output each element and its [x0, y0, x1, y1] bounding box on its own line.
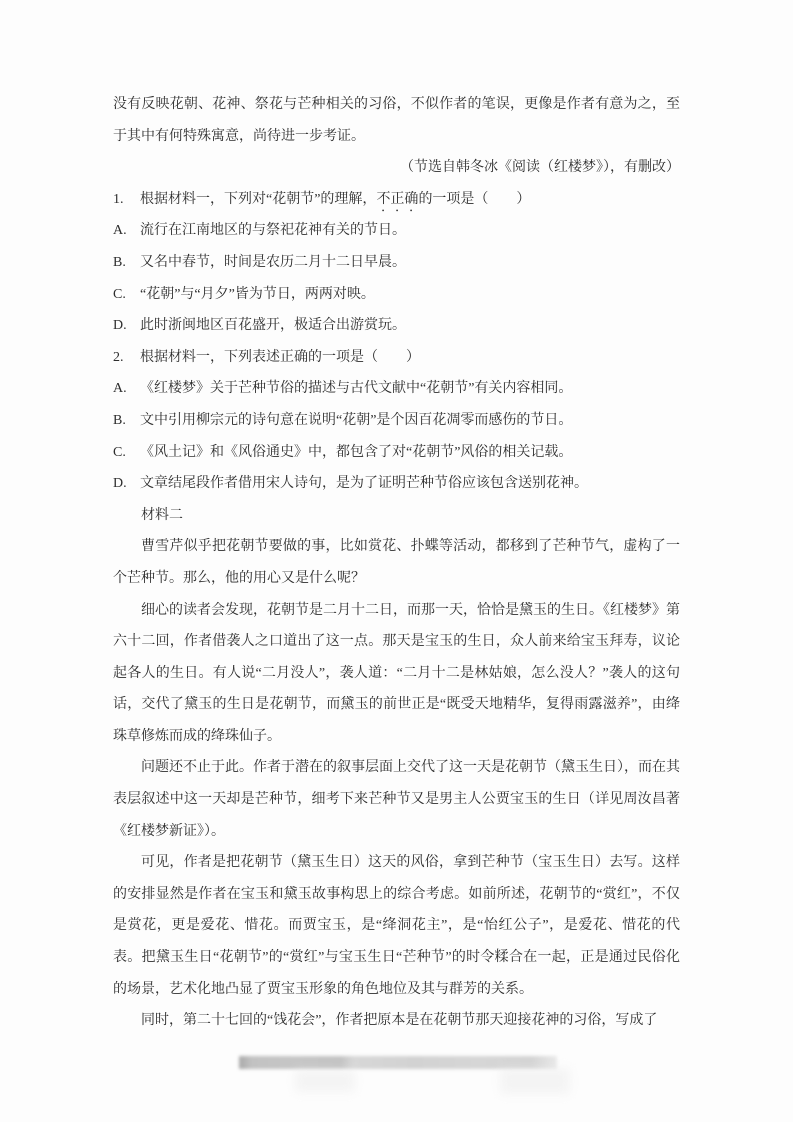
question-2-option-d: D.文章结尾段作者借用宋人诗句，是为了证明芒种节俗应该包含送别花神。 — [113, 468, 680, 500]
material-two-paragraph-3: 问题还不止于此。作者于潜在的叙事层面上交代了这一天是花朝节（黛玉生日），而在其表… — [113, 752, 680, 847]
option-text: “花朝”与“月夕”皆为节日，两两对映。 — [140, 287, 375, 302]
question-2: 2.根据材料一，下列表述正确的一项是（ ） A.《红楼梦》关于芒种节俗的描述与古… — [113, 342, 680, 500]
option-label: D. — [113, 468, 140, 500]
option-text: 《风土记》和《风俗通史》中，都包含了对“花朝节”风俗的相关记载。 — [140, 445, 572, 460]
option-label: D. — [113, 310, 140, 342]
watermark-smudge — [295, 1070, 355, 1092]
question-2-stem-text: 根据材料一，下列表述正确的一项是（ ） — [140, 350, 420, 365]
question-1: 1.根据材料一，下列对“花朝节”的理解，不正确的一项是（ ） A.流行在江南地区… — [113, 184, 680, 342]
question-1-emphasized-text: 不正确 — [376, 192, 418, 207]
option-label: B. — [113, 247, 140, 279]
question-1-option-b: B.又名中春节，时间是农历二月十二日早晨。 — [113, 247, 680, 279]
material-two-paragraph-5: 同时，第二十七回的“饯花会”，作者把原本是在花朝节那天迎接花神的习俗，写成了 — [113, 1005, 680, 1037]
source-attribution: （节选自韩冬冰《阅读（红楼梦》），有删改） — [113, 152, 680, 184]
option-label: A. — [113, 215, 140, 247]
option-text: 文章结尾段作者借用宋人诗句，是为了证明芒种节俗应该包含送别花神。 — [140, 476, 588, 491]
option-text: 文中引用柳宗元的诗句意在说明“花朝”是个因百花凋零而感伤的节日。 — [140, 413, 572, 428]
material-two-paragraph-1: 曹雪芹似乎把花朝节要做的事，比如赏花、扑蝶等活动，都移到了芒种节气，虚构了一个芒… — [113, 531, 680, 594]
question-1-number: 1. — [113, 184, 140, 216]
option-text: 又名中春节，时间是农历二月十二日早晨。 — [140, 255, 406, 270]
material-two-heading: 材料二 — [113, 500, 680, 532]
option-label: A. — [113, 373, 140, 405]
continuation-paragraph: 没有反映花朝、花神、祭花与芒种相关的习俗，不似作者的笔误，更像是作者有意为之，至… — [113, 89, 680, 152]
question-1-stem-suffix: 的一项是（ ） — [418, 192, 530, 207]
question-2-option-a: A.《红楼梦》关于芒种节俗的描述与古代文献中“花朝节”有关内容相同。 — [113, 373, 680, 405]
watermark-smudge — [500, 1068, 570, 1094]
material-two-paragraph-4: 可见，作者是把花朝节（黛玉生日）这天的风俗，拿到芒种节（宝玉生日）去写。这样的安… — [113, 847, 680, 1005]
question-2-stem: 2.根据材料一，下列表述正确的一项是（ ） — [113, 342, 680, 374]
option-text: 此时浙闽地区百花盛开，极适合出游赏玩。 — [140, 318, 406, 333]
question-1-stem-text: 根据材料一，下列对“花朝节”的理解， — [140, 192, 376, 207]
option-label: C. — [113, 279, 140, 311]
material-two-paragraph-2: 细心的读者会发现，花朝节是二月十二日，而那一天，恰恰是黛玉的生日。《红楼梦》第六… — [113, 595, 680, 753]
question-2-number: 2. — [113, 342, 140, 374]
option-text: 流行在江南地区的与祭祀花神有关的节日。 — [140, 223, 406, 238]
option-text: 《红楼梦》关于芒种节俗的描述与古代文献中“花朝节”有关内容相同。 — [140, 381, 572, 396]
exam-document-page: 没有反映花朝、花神、祭花与芒种相关的习俗，不似作者的笔误，更像是作者有意为之，至… — [0, 0, 793, 1122]
option-label: C. — [113, 437, 140, 469]
question-1-option-a: A.流行在江南地区的与祭祀花神有关的节日。 — [113, 215, 680, 247]
question-2-option-c: C.《风土记》和《风俗通史》中，都包含了对“花朝节”风俗的相关记载。 — [113, 437, 680, 469]
question-2-option-b: B.文中引用柳宗元的诗句意在说明“花朝”是个因百花凋零而感伤的节日。 — [113, 405, 680, 437]
option-label: B. — [113, 405, 140, 437]
question-1-option-d: D.此时浙闽地区百花盛开，极适合出游赏玩。 — [113, 310, 680, 342]
question-1-stem: 1.根据材料一，下列对“花朝节”的理解，不正确的一项是（ ） — [113, 184, 680, 216]
question-1-option-c: C.“花朝”与“月夕”皆为节日，两两对映。 — [113, 279, 680, 311]
